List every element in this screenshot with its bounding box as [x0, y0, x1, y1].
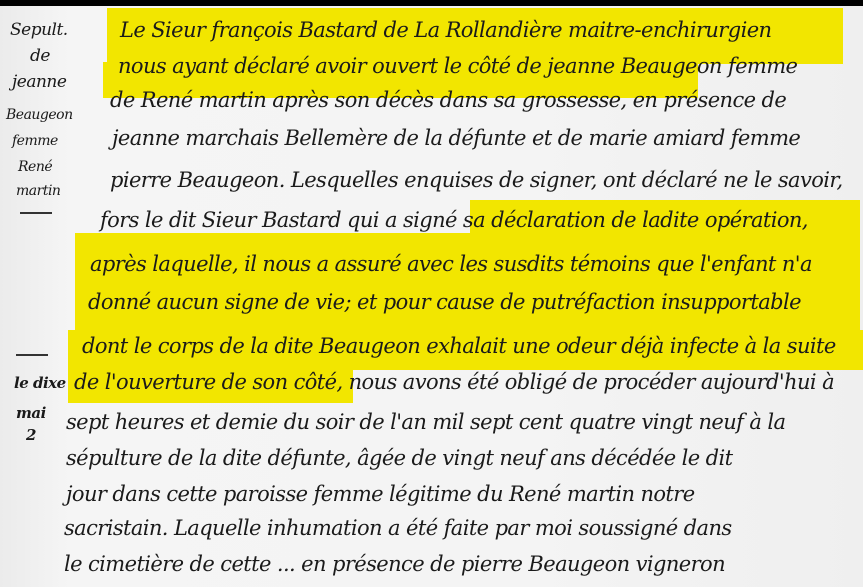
- margin-underline: [20, 212, 52, 214]
- margin-note: de: [30, 48, 50, 65]
- text-line: sépulture de la dite défunte, âgée de vi…: [66, 448, 732, 469]
- text-line: sept heures et demie du soir de l'an mil…: [66, 412, 785, 433]
- margin-note: Sepult.: [10, 22, 68, 39]
- text-line: fors le dit Sieur Bastard qui a signé sa…: [100, 210, 808, 231]
- text-line: jeanne marchais Bellemère de la défunte …: [112, 128, 800, 149]
- text-line: sacristain. Laquelle inhumation a été fa…: [64, 518, 732, 539]
- text-line: jour dans cette paroisse femme légitime …: [66, 484, 695, 505]
- highlight-region-2b: [75, 233, 860, 333]
- text-line: dont le corps de la dite Beaugeon exhala…: [82, 336, 836, 357]
- margin-note: femme: [12, 134, 58, 148]
- text-line: nous ayant déclaré avoir ouvert le côté …: [118, 56, 797, 77]
- text-line: après laquelle, il nous a assuré avec le…: [90, 254, 812, 275]
- margin-note: Beaugeon: [6, 108, 73, 122]
- margin-note: René: [18, 160, 52, 174]
- text-line: le cimetière de cette ... en présence de…: [64, 554, 725, 575]
- margin-note: mai: [16, 406, 46, 421]
- text-line: Le Sieur françois Bastard de La Rollandi…: [120, 20, 771, 41]
- margin-note: le dixe: [14, 376, 66, 391]
- text-line: de l'ouverture de son côté, nous avons é…: [74, 372, 834, 393]
- margin-note: jeanne: [12, 74, 66, 91]
- highlight-region-2e: [350, 358, 863, 370]
- margin-dash: [16, 354, 48, 356]
- text-line: donné aucun signe de vie; et pour cause …: [88, 292, 801, 313]
- text-line: de René martin après son décès dans sa g…: [110, 90, 786, 111]
- margin-note: 2: [26, 428, 36, 443]
- text-line: pierre Beaugeon. Lesquelles enquises de …: [110, 170, 843, 191]
- margin-note: martin: [16, 184, 60, 198]
